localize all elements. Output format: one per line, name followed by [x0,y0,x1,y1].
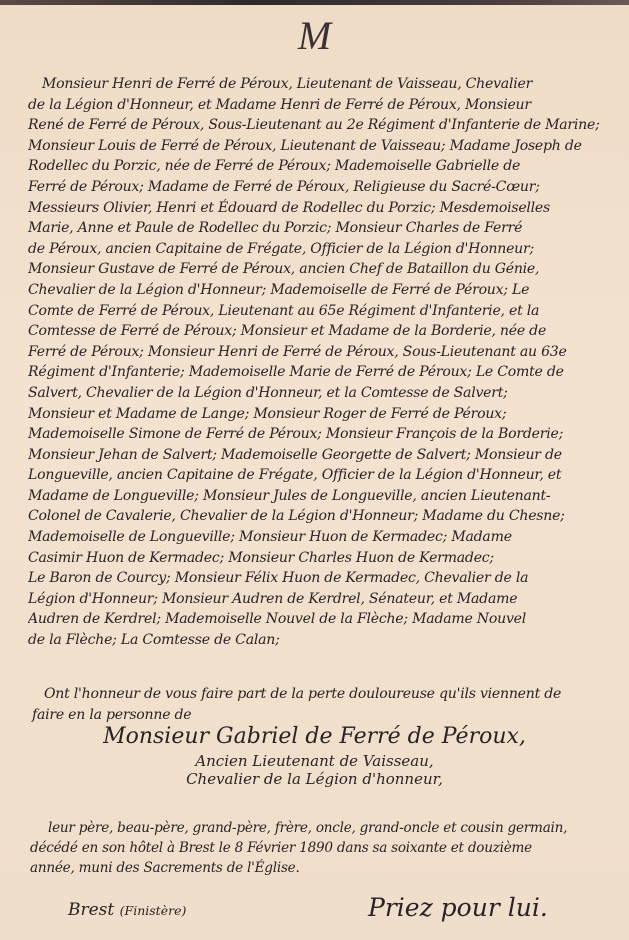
family-line: René de Ferré de Péroux, Sous-Lieutenant… [28,115,608,136]
family-line: Audren de Kerdrel; Mademoiselle Nouvel d… [28,609,608,630]
family-line: Messieurs Olivier, Henri et Édouard de R… [28,198,608,219]
family-line: Régiment d'Infanterie; Mademoiselle Mari… [28,362,608,383]
place-of-issue: Brest (Finistère) [68,900,186,920]
family-line: Longueville, ancien Capitaine de Frégate… [28,465,608,486]
family-line: Rodellec du Porzic, née de Ferré de Péro… [28,156,608,177]
deceased-title-honor: Chevalier de la Légion d'honneur, [0,770,629,788]
prayer-line: Priez pour lui. [368,893,548,922]
family-line: Légion d'Honneur; Monsieur Audren de Ker… [28,589,608,610]
family-line: Mademoiselle Simone de Ferré de Péroux; … [28,424,608,445]
announcement: Ont l'honneur de vous faire part de la p… [32,684,602,725]
family-line: Monsieur Gustave de Ferré de Péroux, anc… [28,259,608,280]
family-line: Comte de Ferré de Péroux, Lieutenant au … [28,301,608,322]
family-line: Casimir Huon de Kermadec; Monsieur Charl… [28,548,608,569]
family-line: de la Flèche; La Comtesse de Calan; [28,630,608,651]
family-line: Chevalier de la Légion d'Honneur; Mademo… [28,280,608,301]
family-line: Mademoiselle de Longueville; Monsieur Hu… [28,527,608,548]
scan-top-edge [0,0,629,5]
relations-line: année, muni des Sacrements de l'Église. [30,858,610,878]
place-region: (Finistère) [120,903,187,918]
mourning-letter-page: M Monsieur Henri de Ferré de Péroux, Lie… [0,0,629,940]
announcement-line: Ont l'honneur de vous faire part de la p… [32,684,602,705]
family-line: de la Légion d'Honneur, et Madame Henri … [28,95,608,116]
family-list: Monsieur Henri de Ferré de Péroux, Lieut… [28,74,608,651]
deceased-name: Monsieur Gabriel de Ferré de Péroux, [0,722,629,752]
relations-line: décédé en son hôtel à Brest le 8 Février… [30,838,610,858]
family-line: Colonel de Cavalerie, Chevalier de la Lé… [28,506,608,527]
salutation-initial: M [0,14,629,58]
family-line: Salvert, Chevalier de la Légion d'Honneu… [28,383,608,404]
relations-text: leur père, beau-père, grand-père, frère,… [30,818,610,878]
family-line: de Péroux, ancien Capitaine de Frégate, … [28,239,608,260]
deceased-title-rank: Ancien Lieutenant de Vaisseau, [0,752,629,770]
deceased-block: Monsieur Gabriel de Ferré de Péroux, Anc… [0,722,629,788]
family-line: Monsieur Henri de Ferré de Péroux, Lieut… [28,74,608,95]
family-line: Comtesse de Ferré de Péroux; Monsieur et… [28,321,608,342]
family-line: Monsieur Louis de Ferré de Péroux, Lieut… [28,136,608,157]
family-line: Madame de Longueville; Monsieur Jules de… [28,486,608,507]
family-line: Monsieur Jehan de Salvert; Mademoiselle … [28,445,608,466]
relations-line: leur père, beau-père, grand-père, frère,… [30,818,610,838]
family-line: Monsieur et Madame de Lange; Monsieur Ro… [28,404,608,425]
place-city: Brest [68,900,114,920]
family-line: Le Baron de Courcy; Monsieur Félix Huon … [28,568,608,589]
family-line: Marie, Anne et Paule de Rodellec du Porz… [28,218,608,239]
family-line: Ferré de Péroux; Madame de Ferré de Péro… [28,177,608,198]
family-line: Ferré de Péroux; Monsieur Henri de Ferré… [28,342,608,363]
